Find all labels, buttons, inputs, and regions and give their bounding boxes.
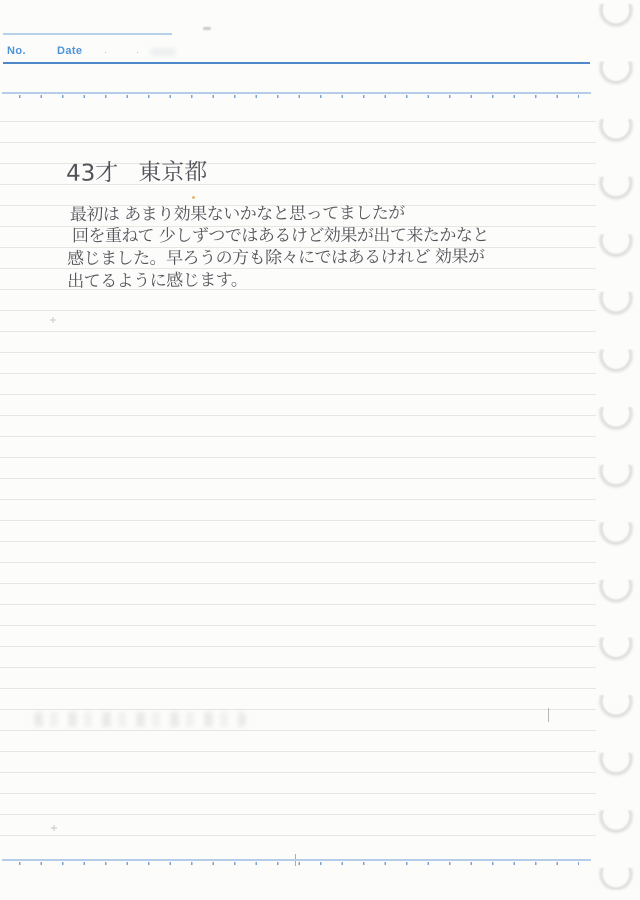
- faint-header-smudge: [150, 48, 176, 56]
- bottom-ruler-line: [2, 859, 591, 865]
- handwritten-location: 東京都: [138, 159, 207, 186]
- date-label: Date: [57, 45, 82, 57]
- gray-speck-artifact: [203, 27, 211, 30]
- header-rule: [3, 62, 590, 64]
- handwritten-line: 回を重ねて 少しずつではあるけど効果が出て来たかなと: [72, 225, 489, 248]
- no-label: No.: [7, 45, 26, 57]
- tiny-cross-mark: [51, 825, 57, 831]
- ruler-ticks: [19, 95, 579, 98]
- orange-speck-artifact: [192, 196, 195, 199]
- vertical-dash-artifact: [548, 708, 549, 722]
- handwritten-line: 出てるように感じます。: [67, 267, 489, 293]
- top-partial-rule: [3, 33, 172, 35]
- handwritten-paragraph: 最初は あまり効果ないかなと思ってましたが 回を重ねて 少しずつではあるけど効果…: [66, 202, 489, 292]
- date-separator-dot: ·: [104, 47, 107, 57]
- handwritten-line: 最初は あまり効果ないかなと思ってましたが: [70, 202, 489, 226]
- scanned-notebook-page: No. Date · · 43才東京都 最初は あまり効果ないかなと思ってました…: [0, 0, 640, 900]
- tiny-cross-mark: [50, 317, 56, 323]
- bleedthrough-smudge: [34, 712, 246, 727]
- handwritten-age: 43才: [66, 160, 119, 187]
- date-separator-dot: ·: [136, 47, 139, 57]
- ruler-ticks: [19, 862, 579, 865]
- ruler-bar: [2, 859, 591, 861]
- handwritten-age-location: 43才東京都: [66, 153, 208, 187]
- handwritten-line: 感じました。早ろうの方も除々にではあるけれど 効果が: [67, 246, 489, 270]
- ruler-bar: [2, 92, 591, 94]
- top-ruler-line: [2, 92, 591, 98]
- page-edge-scallops: [594, 4, 640, 890]
